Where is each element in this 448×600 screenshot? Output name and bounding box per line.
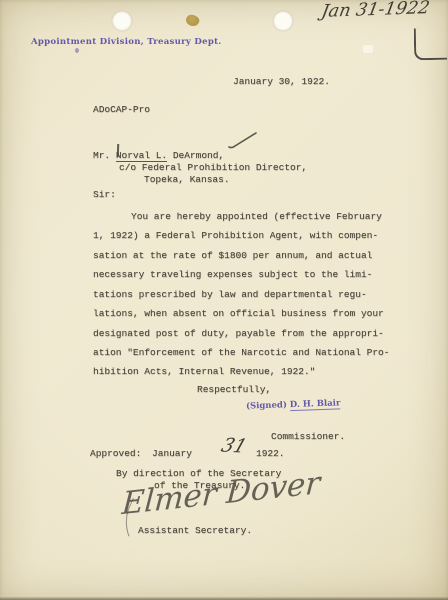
recipient-name: Norval L. (116, 150, 167, 162)
handwritten-bracket-mark (414, 28, 448, 61)
recipient-prefix: Mr. (93, 150, 116, 161)
paper-stain-mark (184, 13, 201, 29)
punch-hole-right (273, 11, 293, 31)
approved-month: January (152, 448, 192, 460)
recipient-line2: c/o Federal Prohibition Director, (119, 162, 307, 174)
reference-code: ADoCAP-Pro (93, 104, 150, 116)
checkmark-pencil-icon (227, 130, 259, 150)
body-line: You are hereby appointed (effective Febr… (131, 211, 382, 223)
commissioner-title: Commissioner. (271, 431, 345, 443)
body-line: tations prescribed by law and department… (93, 289, 367, 301)
recipient-line3: Topeka, Kansas. (144, 174, 230, 186)
ink-speck (75, 48, 79, 53)
closing-respectfully: Respectfully, (197, 384, 271, 396)
approved-label: Approved: (90, 448, 141, 460)
approved-year: 1922. (256, 448, 285, 460)
body-line: sation at the rate of $1800 per annum, a… (93, 250, 372, 262)
salutation: Sir: (93, 189, 116, 201)
body-line: necessary traveling expenses subject to … (93, 269, 372, 281)
body-line: designated post of duty, payable from th… (93, 328, 384, 340)
recipient-name-rest: DeArmond, (167, 150, 224, 161)
approved-day-handwritten: 31 (218, 434, 249, 457)
punch-hole-left (112, 11, 132, 31)
body-line: ation "Enforcement of the Narcotic and N… (93, 347, 389, 359)
appointment-division-stamp: Appointment Division, Treasury Dept. (31, 37, 222, 47)
recipient-line1: Mr. Norval L. DeArmond, (93, 150, 224, 162)
body-line: lations, when absent on official busines… (93, 308, 384, 320)
typed-date: January 30, 1922. (233, 76, 330, 88)
body-line: 1, 1922) a Federal Prohibition Agent, wi… (93, 230, 378, 242)
signed-stamp-prefix: (Signed) (246, 400, 290, 412)
assistant-secretary-title: Assistant Secretary. (138, 525, 252, 537)
handwritten-filing-date: Jan 31-1922 (320, 0, 431, 22)
signed-stamp-name: D. H. Blair (290, 398, 341, 411)
paper-speck (363, 45, 373, 53)
body-line: hibition Acts, Internal Revenue, 1922." (93, 366, 315, 378)
signed-blair-stamp: (Signed) D. H. Blair (246, 398, 341, 411)
scanned-letter-page: Jan 31-1922 Appointment Division, Treasu… (0, 0, 448, 600)
